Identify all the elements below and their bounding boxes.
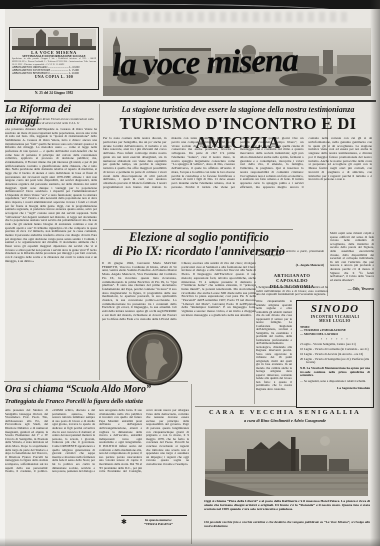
sinodo-schedule-item: 2 Luglio - Vicaria Senigallia, Centro (o… <box>300 343 370 347</box>
riforma-intro: Riceviamo dal nostro amico Renzo Fiorani… <box>5 118 97 125</box>
turismo-continuation: Molti ospiti sono rimasti colpiti e spes… <box>330 232 374 286</box>
sinodo-title: SINODO <box>300 303 370 315</box>
sinodo-subtitle2: MESE LUGLIO <box>300 319 370 323</box>
sinodo-schedule-item: 20 Luglio - Vicaria di Senigallia (ore 2… <box>300 358 370 365</box>
sinodo-box: SINODO INCONTRI VICARIALI MESE LUGLIO TE… <box>296 300 374 408</box>
scan-right-edge <box>370 0 380 546</box>
newspaper-front-page: LA VOCE MISENA SETTIMANALE DI INFORMAZIO… <box>0 0 380 546</box>
sinodo-nota-bene: N.B. La Vicaria di Montemarciano ha opta… <box>300 367 370 378</box>
cara-redaction-note: Chi possiede vecchie foto o vecchie cart… <box>204 521 370 529</box>
artigianato-credit: Ne parleremo in un articolo a parte, pre… <box>258 250 324 257</box>
aldomoro-headline: Ora si chiama “Scuola Aldo Moro” <box>5 384 190 396</box>
scan-bottom-edge <box>0 538 380 546</box>
terza-pagina-line2: “TERZA PAGINA” <box>144 522 173 526</box>
ink-bleed-artifact <box>110 12 350 22</box>
newspaper-title: la voce misena <box>111 38 378 85</box>
copy-price: UNA COPIA L. 300 <box>12 75 96 80</box>
cara-photo-caption: Oggi si chiama “Pista della Libertà” e a… <box>204 499 370 511</box>
scan-top-band <box>0 0 380 9</box>
artigianato-credit-signature: (L. Angelo Mencucci) <box>258 263 324 267</box>
column-rule <box>191 384 192 544</box>
masthead-illustration <box>12 29 96 50</box>
sinodo-divider-dots: • • • • • • <box>300 337 370 341</box>
sinodo-nota-bene-2: — Se segnalati, sono a disposizione i re… <box>300 380 370 384</box>
pio9-col1: Il 16 giugno 1846, Giovanni Maria MASTAI… <box>102 262 177 313</box>
masthead-address: Spedizione in abb. postale Gruppo I bis … <box>12 58 96 66</box>
asterisk-icon: ✱ <box>121 519 127 526</box>
artigianato-body-top: L'Artigianato nelle Marche ha una tradiz… <box>256 286 328 298</box>
pio-ix-medallion-image <box>126 329 183 386</box>
pio9-headline-line1: Elezione al soglio pontificio <box>100 231 298 245</box>
sinodo-schedule-item: 16 Luglio - Vicaria di Arcevia (in Arcev… <box>300 353 370 357</box>
masthead-info-box: LA VOCE MISENA SETTIMANALE DI INFORMAZIO… <box>9 27 99 90</box>
riforma-body: «La paventata chiusura dell'Ospedale A. … <box>5 128 97 380</box>
senigallia-1909-photo <box>205 429 368 496</box>
terza-pagina-note: ✱ In questo numero: “TERZA PAGINA” <box>121 515 187 526</box>
turismo-kicker: La stagione turistica deve essere la sta… <box>104 105 372 114</box>
issue-date-line: N. 25 del 24 Giugno 1982 <box>9 91 99 95</box>
sinodo-signature: La Segreteria Sinodale <box>300 386 370 390</box>
turismo-signature: — Odo, Vescovo <box>330 287 374 291</box>
aldomoro-subhead: Tratteggiata da Franco Porcelli la figur… <box>5 398 190 406</box>
turismo-body: Per la zona costiera della nostra dioces… <box>103 137 372 228</box>
sinodo-schedule-item: 10 Luglio - Vicaria di Corinaldo (in Cor… <box>300 348 370 352</box>
masthead-rule <box>4 100 376 102</box>
cara-header: CARA E VECCHIA SENIGALLIA <box>196 409 374 416</box>
terza-pagina-text: In questo numero: “TERZA PAGINA” <box>130 518 187 526</box>
cara-subhead: a cura di Rino Girolimetti e Adrio Casag… <box>196 418 374 423</box>
